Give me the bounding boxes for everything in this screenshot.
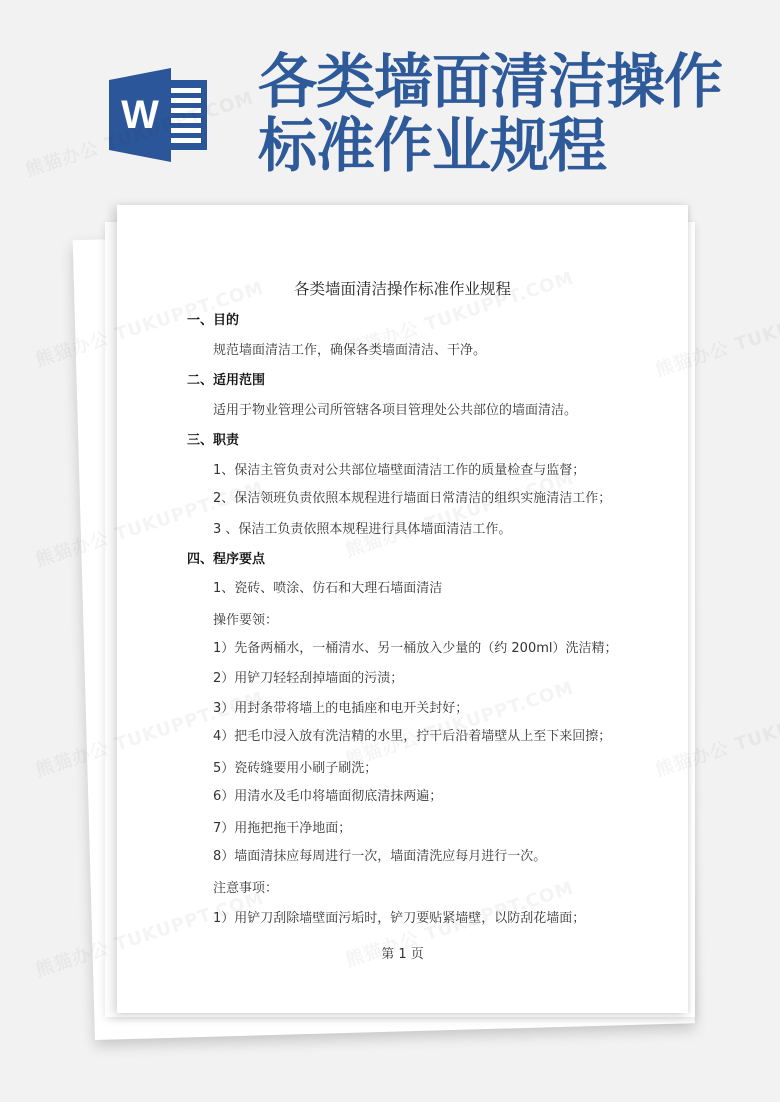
section-heading-responsibility: 三、职责 [187, 429, 239, 448]
banner-title-line1: 各类墙面清洁操作 [258, 50, 738, 114]
section-heading-scope: 二、适用范围 [187, 369, 265, 388]
list-item: 1、保洁主管负责对公共部位墙壁面清洁工作的质量检查与监督； [213, 459, 585, 478]
list-item: 7）用拖把拖干净地面； [213, 817, 351, 836]
list-item: 6）用清水及毛巾将墙面彻底清抹两遍； [213, 785, 442, 804]
label: 操作要领： [213, 609, 278, 628]
banner-title: 各类墙面清洁操作 标准作业规程 [258, 50, 738, 178]
paragraph: 适用于物业管理公司所管辖各项目管理处公共部位的墙面清洁。 [213, 399, 577, 418]
banner: W 各类墙面清洁操作 标准作业规程 [0, 0, 780, 190]
list-item: 8）墙面清抹应每周进行一次，墙面清洗应每月进行一次。 [213, 845, 546, 864]
section-heading-procedure: 四、程序要点 [187, 548, 265, 567]
list-item: 1）先备两桶水，一桶清水、另一桶放入少量的（约 200ml）洗洁精； [213, 637, 618, 656]
banner-title-line2: 标准作业规程 [258, 114, 738, 178]
list-item: 2）用铲刀轻轻刮掉墙面的污渍； [213, 667, 403, 686]
subheading: 1、瓷砖、喷涂、仿石和大理石墙面清洁 [213, 577, 442, 596]
